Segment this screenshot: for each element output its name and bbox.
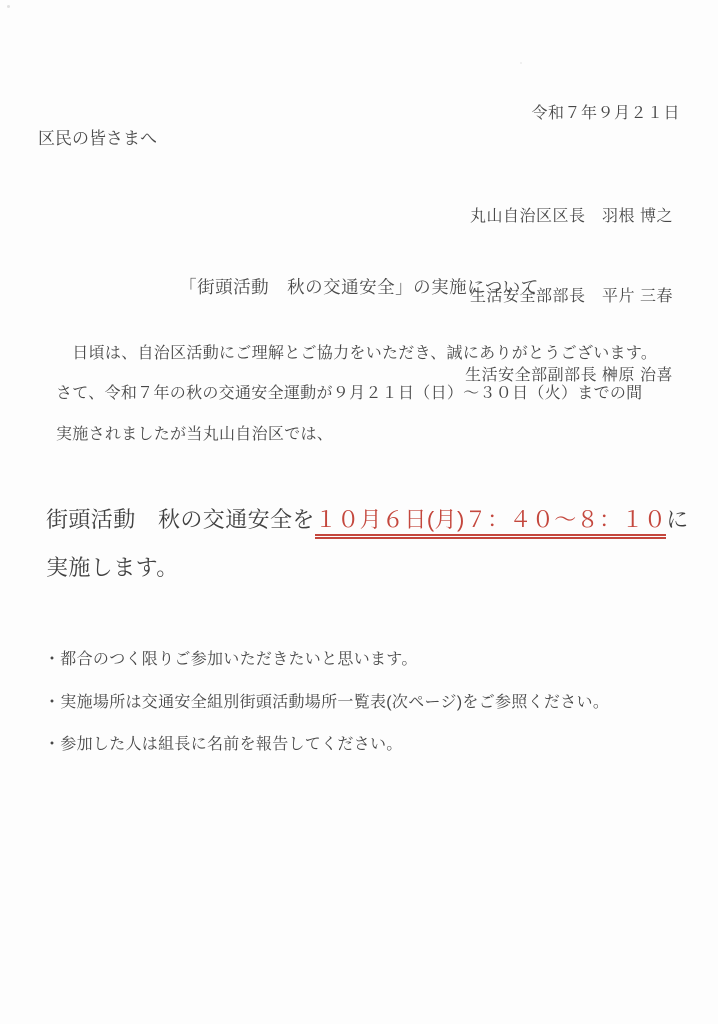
body-paragraph-greeting: 日頃は、自治区活動にご理解とご協力をいただき、誠にありがとうございます。 [56,340,657,363]
note-location-list: ・実施場所は交通安全組別街頭活動場所一覧表(次ページ)をご参照ください。 [44,689,609,712]
emphasis-line2: 実施します。 [46,551,179,582]
body-paragraph-continuation: 実施されましたが当丸山自治区では、 [56,421,333,444]
note-participation: ・都合のつく限りご参加いただきたいと思います。 [44,646,418,669]
note-report-name: ・参加した人は組長に名前を報告してください。 [44,731,403,754]
emphasis-line: 街頭活動 秋の交通安全を１０月６日(月)７：４０～８：１０に [46,503,689,534]
emphasis-prefix: 街頭活動 秋の交通安全を [46,507,315,532]
salutation: 区民の皆さまへ [38,124,157,149]
body-paragraph-campaign: さて、令和７年の秋の交通安全運動が９月２１日（日）～３０日（火）までの間 [56,380,642,403]
scan-artifact [7,5,10,8]
scan-artifact [520,62,522,64]
emphasis-datetime-highlight: １０月６日(月)７：４０～８：１０ [315,507,666,539]
signer-line-chairman: 丸山自治区区長 羽根 博之 [465,204,673,231]
letter-date: 令和７年９月２１日 [531,100,680,123]
emphasis-suffix: に [666,507,688,532]
scanned-letter-page: 令和７年９月２１日 区民の皆さまへ 丸山自治区区長 羽根 博之 生活安全部部長 … [0,0,718,1024]
document-title: 「街頭活動 秋の交通安全」の実施について [0,274,718,299]
